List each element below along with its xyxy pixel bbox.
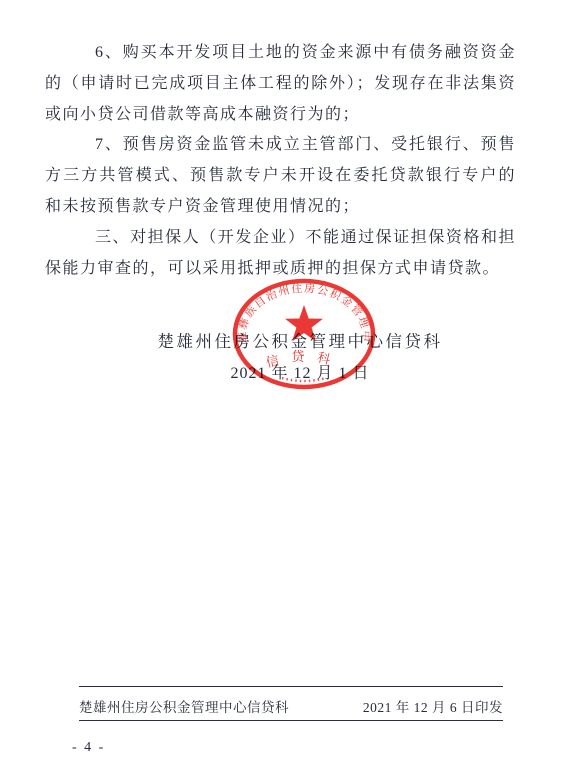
footer-issuer-line: 楚雄州住房公积金管理中心信贷科 2021 年 12 月 6 日印发	[79, 696, 503, 721]
signature-date: 2021 年 12 月 1 日	[0, 360, 576, 383]
document-page: 6、购买本开发项目土地的资金来源中有债务融资资金的（申请时已完成项目主体工程的除…	[0, 0, 576, 778]
footer: 楚雄州住房公积金管理中心信贷科 2021 年 12 月 6 日印发	[79, 686, 503, 721]
signature-organization: 楚雄州住房公积金管理中心信贷科	[0, 328, 576, 352]
document-body: 6、购买本开发项目土地的资金来源中有债务融资资金的（申请时已完成项目主体工程的除…	[45, 38, 516, 284]
footer-print-date: 2021 年 12 月 6 日印发	[363, 696, 503, 716]
footer-top-rule	[79, 686, 503, 687]
footer-issuer: 楚雄州住房公积金管理中心信贷科	[79, 696, 289, 716]
paragraph-section-3: 三、对担保人（开发企业）不能通过保证担保资格和担保能力审查的，可以采用抵押或质押…	[45, 223, 516, 285]
paragraph-item-7: 7、预售房资金监管未成立主管部门、受托银行、预售方三方共管模式、预售款专户未开设…	[45, 130, 516, 222]
paragraph-item-6: 6、购买本开发项目土地的资金来源中有债务融资资金的（申请时已完成项目主体工程的除…	[45, 38, 516, 130]
page-number: - 4 -	[72, 740, 105, 756]
